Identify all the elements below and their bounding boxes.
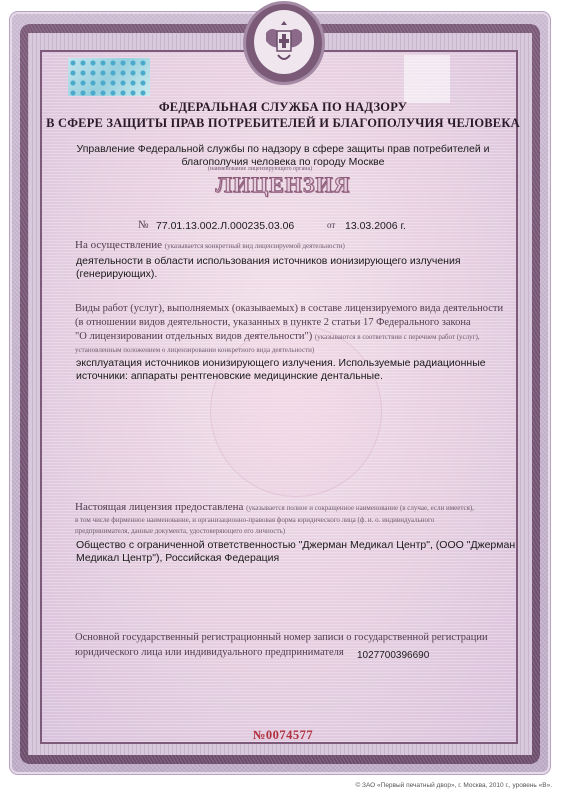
ogrn-value: 1027700396690: [357, 649, 429, 662]
works-label-line3: "О лицензировании отдельных видов деятел…: [75, 331, 480, 342]
activity-value-line1: деятельности в области использования ист…: [76, 255, 461, 268]
ogrn-label-line1: Основной государственный регистрационный…: [75, 632, 488, 643]
activity-value-line2: (генерирующих).: [76, 268, 157, 281]
printer-imprint: © ЗАО «Первый печатный двор», г. Москва,…: [355, 782, 552, 789]
license-number: 77.01.13.002.Л.000235.03.06: [156, 220, 294, 233]
ogrn-label-line2: юридического лица или индивидуального пр…: [75, 647, 344, 658]
license-date: 13.03.2006 г.: [345, 220, 406, 233]
licensee-hint-line3: предпринимателя, данные документа, удост…: [75, 527, 285, 535]
works-value-line1: эксплуатация источников ионизирующего из…: [76, 357, 486, 370]
security-mark-box: [404, 55, 450, 103]
works-label-line2: (в отношении видов деятельности, указанн…: [75, 317, 471, 328]
licensee-value-line2: Медикал Центр"), Российская Федерация: [76, 552, 279, 565]
form-serial-number: №0074577: [0, 728, 566, 743]
authority-line1: Управление Федеральной службы по надзору…: [40, 143, 526, 156]
hologram-sticker: [68, 58, 150, 96]
works-hint-line4: установленным положением о лицензировани…: [75, 346, 314, 354]
eagle-emblem-icon: [254, 10, 314, 74]
number-prefix: №: [138, 219, 149, 231]
activity-label: На осуществление (указывается конкретный…: [75, 239, 345, 251]
licensee-hint-line2: в том числе фирменное наименование, и ор…: [75, 516, 434, 524]
licensee-value-line1: Общество с ограниченной ответственностью…: [76, 539, 515, 552]
licensee-label: Настоящая лицензия предоставлена (указыв…: [75, 501, 474, 513]
works-value-line2: источники: аппараты рентгеновские медици…: [76, 370, 383, 383]
agency-title-line1: ФЕДЕРАЛЬНАЯ СЛУЖБА ПО НАДЗОРУ: [40, 100, 526, 115]
license-title: ЛИЦЕНЗИЯ: [210, 172, 356, 198]
agency-title-line2: В СФЕРЕ ЗАЩИТЫ ПРАВ ПОТРЕБИТЕЛЕЙ И БЛАГО…: [32, 116, 534, 131]
date-prefix: от: [327, 220, 335, 230]
works-label-line1: Виды работ (услуг), выполняемых (оказыва…: [75, 303, 503, 314]
